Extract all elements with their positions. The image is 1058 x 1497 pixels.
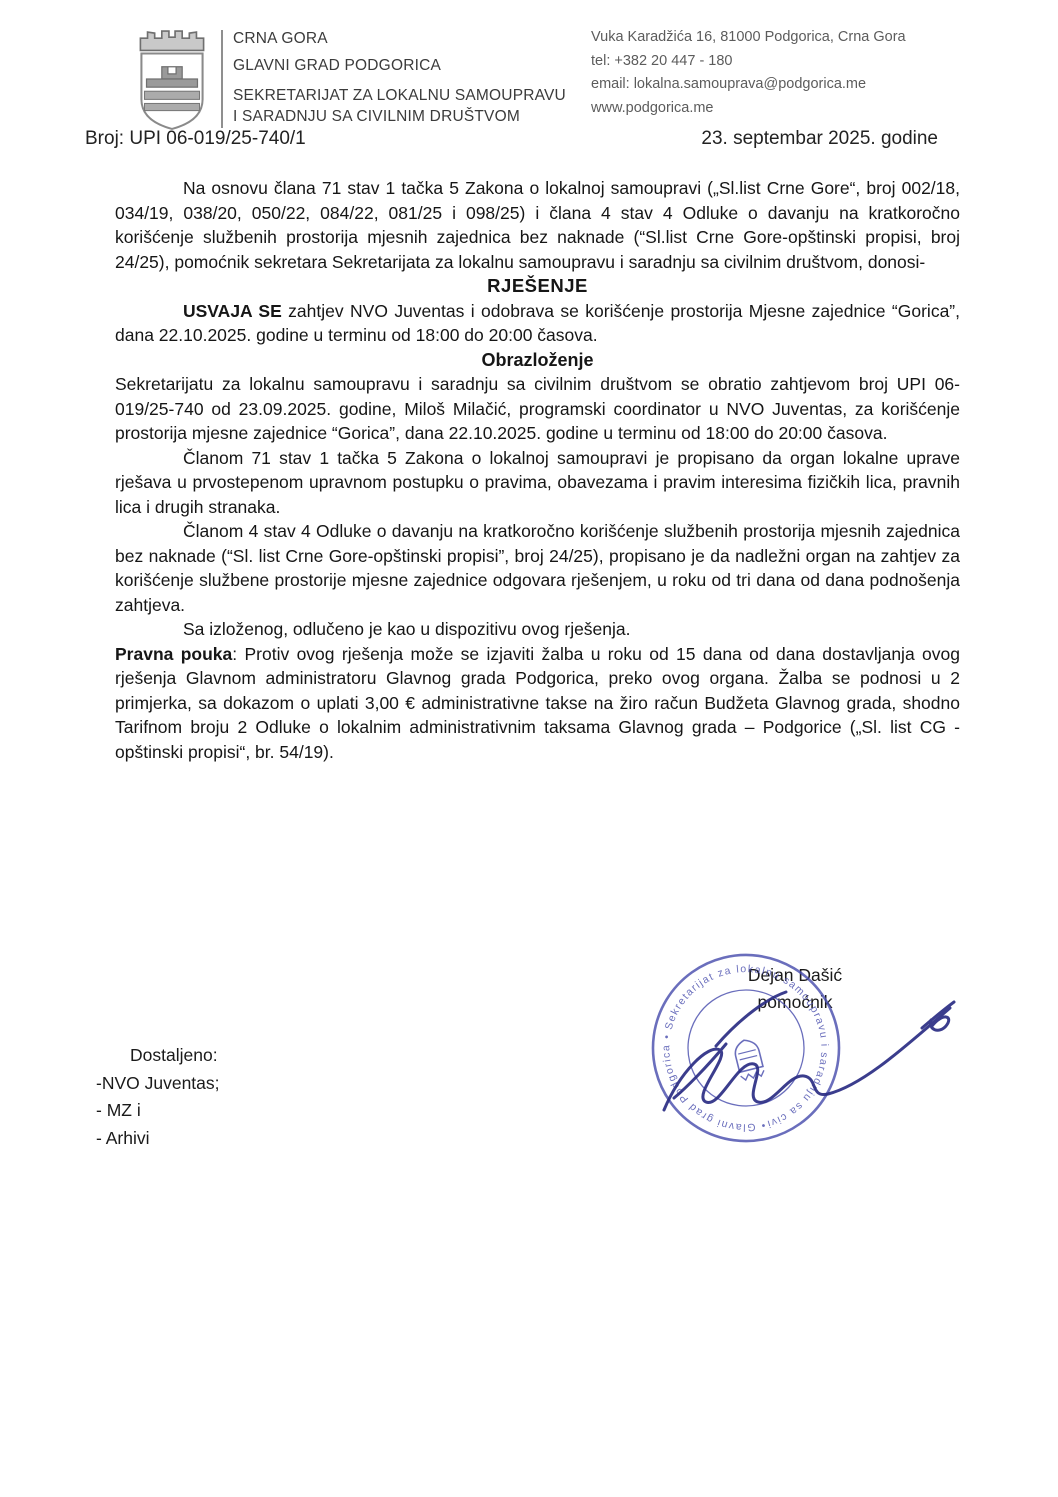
- decision-lead: USVAJA SE: [183, 301, 282, 321]
- podgorica-coat-of-arms-icon: [131, 26, 213, 132]
- section-title: Obrazloženje: [115, 348, 960, 373]
- legal-remedy-lead: Pravna pouka: [115, 644, 232, 664]
- signatory-title: pomoćnik: [700, 989, 890, 1016]
- org-secretariat-line2: I SARADNJU SA CIVILNIM DRUŠTVOM: [233, 107, 566, 128]
- distribution-item: - Arhivi: [96, 1125, 220, 1153]
- org-secretariat-line1: SEKRETARIJAT ZA LOKALNU SAMOUPRAVU: [233, 86, 566, 107]
- org-city: GLAVNI GRAD PODGORICA: [233, 57, 566, 75]
- signature-block: Dejan Dašić pomoćnik: [700, 962, 890, 1016]
- document-body: Na osnovu člana 71 stav 1 tačka 5 Zakona…: [115, 176, 960, 764]
- contact-website: www.podgorica.me: [591, 97, 906, 121]
- document-page: CRNA GORA GLAVNI GRAD PODGORICA SEKRETAR…: [0, 0, 1058, 1497]
- distribution-item: -NVO Juventas;: [96, 1070, 220, 1098]
- letterhead-org-block: CRNA GORA GLAVNI GRAD PODGORICA SEKRETAR…: [233, 30, 566, 127]
- document-title: RJEŠENJE: [115, 274, 960, 299]
- legal-remedy-text: : Protiv ovog rješenja može se izjaviti …: [115, 644, 960, 762]
- legal-remedy-paragraph: Pravna pouka: Protiv ovog rješenja može …: [115, 642, 960, 765]
- letterhead-divider: [221, 30, 223, 128]
- contact-address: Vuka Karadžića 16, 81000 Podgorica, Crna…: [591, 26, 906, 50]
- decision-paragraph: USVAJA SE zahtjev NVO Juventas i odobrav…: [115, 299, 960, 348]
- letterhead-contact-block: Vuka Karadžića 16, 81000 Podgorica, Crna…: [591, 26, 906, 120]
- conclusion-paragraph: Sa izloženog, odlučeno je kao u dispozit…: [115, 617, 960, 642]
- reference-row: Broj: UPI 06-019/25-740/1 23. septembar …: [85, 128, 938, 150]
- distribution-list: Dostaljeno: -NVO Juventas; - MZ i - Arhi…: [96, 1042, 220, 1152]
- contact-email: email: lokalna.samouprava@podgorica.me: [591, 73, 906, 97]
- article-71-paragraph: Članom 71 stav 1 tačka 5 Zakona o lokaln…: [115, 446, 960, 520]
- distribution-label: Dostaljeno:: [96, 1042, 220, 1070]
- article-4-paragraph: Članom 4 stav 4 Odluke o davanju na krat…: [115, 519, 960, 617]
- distribution-item: - MZ i: [96, 1097, 220, 1125]
- request-paragraph: Sekretarijatu za lokalnu samoupravu i sa…: [115, 372, 960, 446]
- reference-number: Broj: UPI 06-019/25-740/1: [85, 128, 306, 150]
- contact-phone: tel: +382 20 447 - 180: [591, 50, 906, 74]
- org-country: CRNA GORA: [233, 30, 566, 48]
- document-date: 23. septembar 2025. godine: [701, 128, 938, 150]
- intro-paragraph: Na osnovu člana 71 stav 1 tačka 5 Zakona…: [115, 176, 960, 274]
- signatory-name: Dejan Dašić: [700, 962, 890, 989]
